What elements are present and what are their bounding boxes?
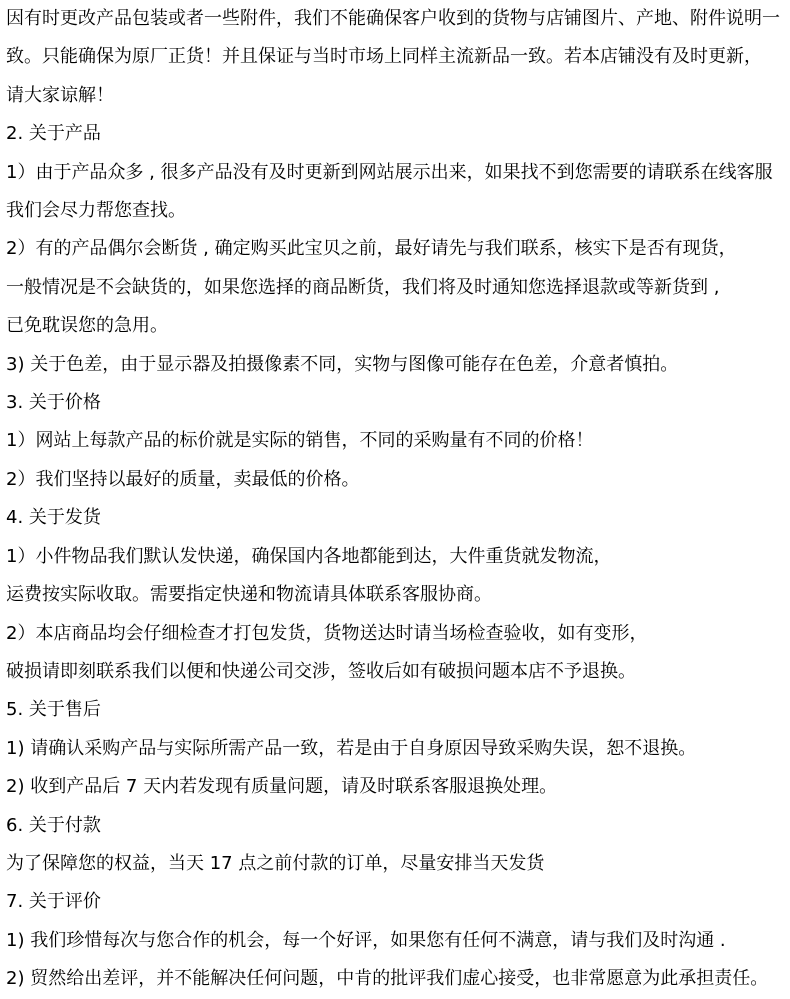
text-line: 2）本店商品均会仔细检查才打包发货，货物送达时请当场检查验收，如有变形， <box>6 615 786 653</box>
text-line: 1）由于产品众多 , 很多产品没有及时更新到网站展示出来，如果找不到您需要的请联… <box>6 154 786 192</box>
text-line: 7. 关于评价 <box>6 883 786 921</box>
text-line: 2）有的产品偶尔会断货 , 确定购买此宝贝之前，最好请先与我们联系，核实下是否有… <box>6 230 786 268</box>
text-line: 运费按实际收取。需要指定快递和物流请具体联系客服协商。 <box>6 576 786 614</box>
text-line: 3) 关于色差，由于显示器及拍摄像素不同，实物与图像可能存在色差，介意者慎拍。 <box>6 346 786 384</box>
text-line: 3. 关于价格 <box>6 384 786 422</box>
text-line: 4. 关于发货 <box>6 499 786 537</box>
text-line: 我们会尽力帮您查找。 <box>6 192 786 230</box>
text-line: 1) 我们珍惜每次与您合作的机会，每一个好评，如果您有任何不满意，请与我们及时沟… <box>6 922 786 960</box>
text-line: 2）我们坚持以最好的质量，卖最低的价格。 <box>6 461 786 499</box>
text-line: 6. 关于付款 <box>6 807 786 845</box>
text-line: 一般情况是不会缺货的，如果您选择的商品断货，我们将及时通知您选择退款或等新货到 … <box>6 269 786 307</box>
text-line: 2) 贸然给出差评，并不能解决任何问题，中肯的批评我们虚心接受，也非常愿意为此承… <box>6 960 786 998</box>
text-line: 致。只能确保为原厂正货！并且保证与当时市场上同样主流新品一致。若本店铺没有及时更… <box>6 38 786 76</box>
text-line: 1) 请确认采购产品与实际所需产品一致，若是由于自身原因导致采购失误，恕不退换。 <box>6 730 786 768</box>
text-line: 2. 关于产品 <box>6 115 786 153</box>
text-line: 已免耽误您的急用。 <box>6 307 786 345</box>
text-line: 2) 收到产品后 7 天内若发现有质量问题，请及时联系客服退换处理。 <box>6 768 786 806</box>
text-line: 1）网站上每款产品的标价就是实际的销售，不同的采购量有不同的价格！ <box>6 422 786 460</box>
text-line: 5. 关于售后 <box>6 691 786 729</box>
text-line: 请大家谅解！ <box>6 77 786 115</box>
text-line: 为了保障您的权益，当天 17 点之前付款的订单，尽量安排当天发货 <box>6 845 786 883</box>
text-line: 破损请即刻联系我们以便和快递公司交涉，签收后如有破损问题本店不予退换。 <box>6 653 786 691</box>
store-policy-document: 因有时更改产品包装或者一些附件，我们不能确保客户收到的货物与店铺图片、产地、附件… <box>0 0 790 999</box>
text-line: 因有时更改产品包装或者一些附件，我们不能确保客户收到的货物与店铺图片、产地、附件… <box>6 0 786 38</box>
text-line: 1）小件物品我们默认发快递，确保国内各地都能到达，大件重货就发物流， <box>6 538 786 576</box>
